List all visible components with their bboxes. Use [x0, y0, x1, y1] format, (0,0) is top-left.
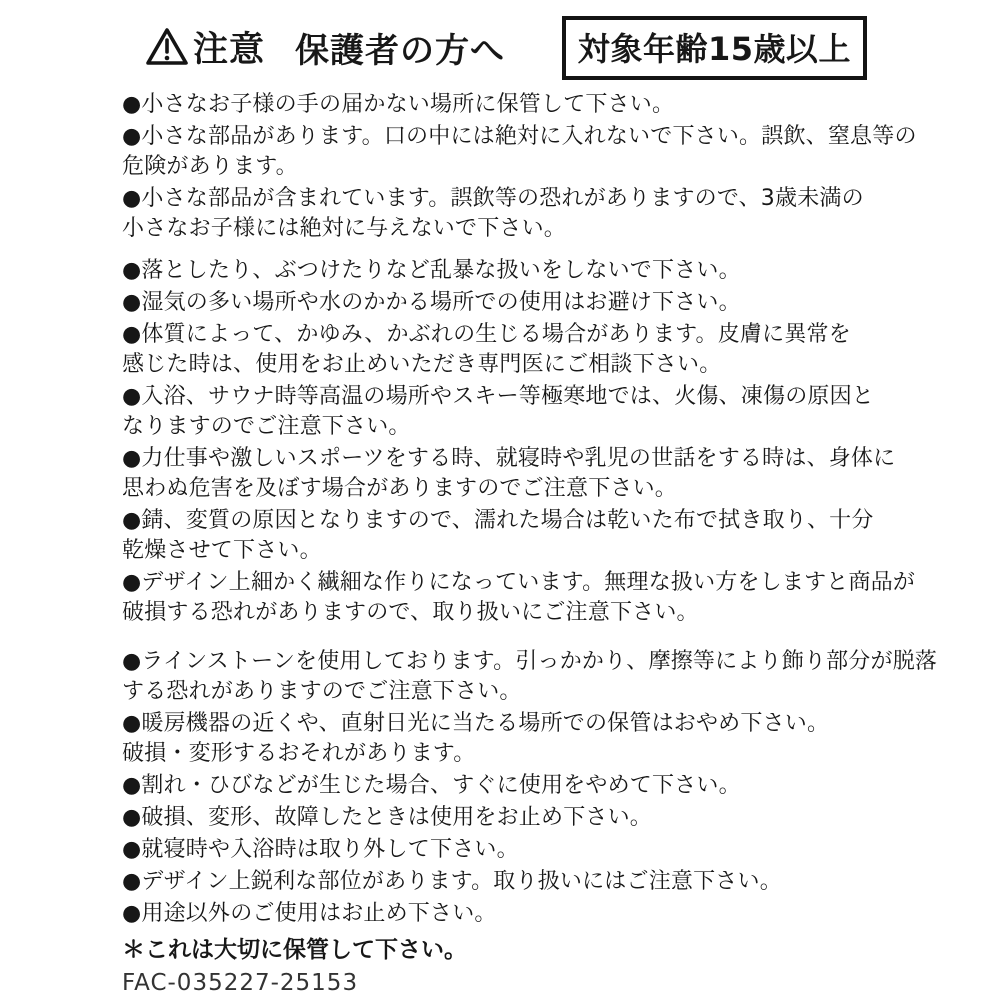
- header: 注意 保護者の方へ 対象年齢15歳以上: [0, 0, 1000, 78]
- warning-label-page: 注意 保護者の方へ 対象年齢15歳以上 ●小さなお子様の手の届かない場所に保管し…: [0, 0, 1000, 1000]
- product-code: FAC-035227-25153: [122, 969, 950, 997]
- bullet-icon: ●: [122, 649, 141, 674]
- bullet-icon: ●: [122, 446, 141, 471]
- bullet-icon: ●: [122, 124, 141, 149]
- bullet-icon: ●: [122, 773, 141, 798]
- page-title: 注意: [193, 22, 265, 72]
- warning-item: ●錆、変質の原因となりますので、濡れた場合は乾いた布で拭き取り、十分乾燥させて下…: [122, 506, 950, 566]
- bullet-icon: ●: [122, 322, 141, 347]
- warning-group: ●ラインストーンを使用しております。引っかかり、摩擦等により飾り部分が脱落する恐…: [122, 647, 950, 929]
- warning-item: ●体質によって、かゆみ、かぶれの生じる場合があります。皮膚に異常を感じた時は、使…: [122, 320, 950, 380]
- bullet-icon: ●: [122, 186, 141, 211]
- warning-list: ●小さなお子様の手の届かない場所に保管して下さい。●小さな部品があります。口の中…: [0, 78, 1000, 929]
- warning-item: ●小さな部品が含まれています。誤飲等の恐れがありますので、3歳未満の小さなお子様…: [122, 184, 950, 244]
- warning-item: ●デザイン上鋭利な部位があります。取り扱いにはご注意下さい。: [122, 867, 950, 897]
- caution-title-row: 注意 保護者の方へ: [145, 22, 505, 72]
- footer: ＊これは大切に保管して下さい。 FAC-035227-25153: [0, 931, 1000, 997]
- warning-item: ●デザイン上細かく繊細な作りになっています。無理な扱い方をしますと商品が破損する…: [122, 568, 950, 628]
- warning-item: ●力仕事や激しいスポーツをする時、就寝時や乳児の世話をする時は、身体に思わぬ危害…: [122, 444, 950, 504]
- warning-item: ●就寝時や入浴時は取り外して下さい。: [122, 835, 950, 865]
- warning-item: ●落としたり、ぶつけたりなど乱暴な扱いをしないで下さい。: [122, 256, 950, 286]
- warning-item: ●割れ・ひびなどが生じた場合、すぐに使用をやめて下さい。: [122, 771, 950, 801]
- warning-item: ●入浴、サウナ時等高温の場所やスキー等極寒地では、火傷、凍傷の原因となりますので…: [122, 382, 950, 442]
- keep-this-note: ＊これは大切に保管して下さい。: [122, 935, 950, 965]
- bullet-icon: ●: [122, 92, 141, 117]
- warning-item: ●ラインストーンを使用しております。引っかかり、摩擦等により飾り部分が脱落する恐…: [122, 647, 950, 707]
- warning-item: ●暖房機器の近くや、直射日光に当たる場所での保管はおやめ下さい。破損・変形するお…: [122, 709, 950, 769]
- bullet-icon: ●: [122, 711, 141, 736]
- bullet-icon: ●: [122, 805, 141, 830]
- bullet-icon: ●: [122, 384, 141, 409]
- warning-item: ●用途以外のご使用はお止め下さい。: [122, 899, 950, 929]
- bullet-icon: ●: [122, 837, 141, 862]
- bullet-icon: ●: [122, 258, 141, 283]
- bullet-icon: ●: [122, 508, 141, 533]
- bullet-icon: ●: [122, 570, 141, 595]
- page-subtitle: 保護者の方へ: [295, 23, 505, 72]
- warning-item: ●小さな部品があります。口の中には絶対に入れないで下さい。誤飲、窒息等の危険があ…: [122, 122, 950, 182]
- warning-item: ●小さなお子様の手の届かない場所に保管して下さい。: [122, 90, 950, 120]
- warning-group: ●落としたり、ぶつけたりなど乱暴な扱いをしないで下さい。●湿気の多い場所や水のか…: [122, 256, 950, 628]
- warning-item: ●湿気の多い場所や水のかかる場所での使用はお避け下さい。: [122, 288, 950, 318]
- warning-item: ●破損、変形、故障したときは使用をお止め下さい。: [122, 803, 950, 833]
- bullet-icon: ●: [122, 290, 141, 315]
- age-restriction-badge: 対象年齢15歳以上: [562, 16, 867, 80]
- bullet-icon: ●: [122, 869, 141, 894]
- bullet-icon: ●: [122, 901, 141, 926]
- warning-group: ●小さなお子様の手の届かない場所に保管して下さい。●小さな部品があります。口の中…: [122, 90, 950, 244]
- warning-triangle-icon: [145, 27, 189, 67]
